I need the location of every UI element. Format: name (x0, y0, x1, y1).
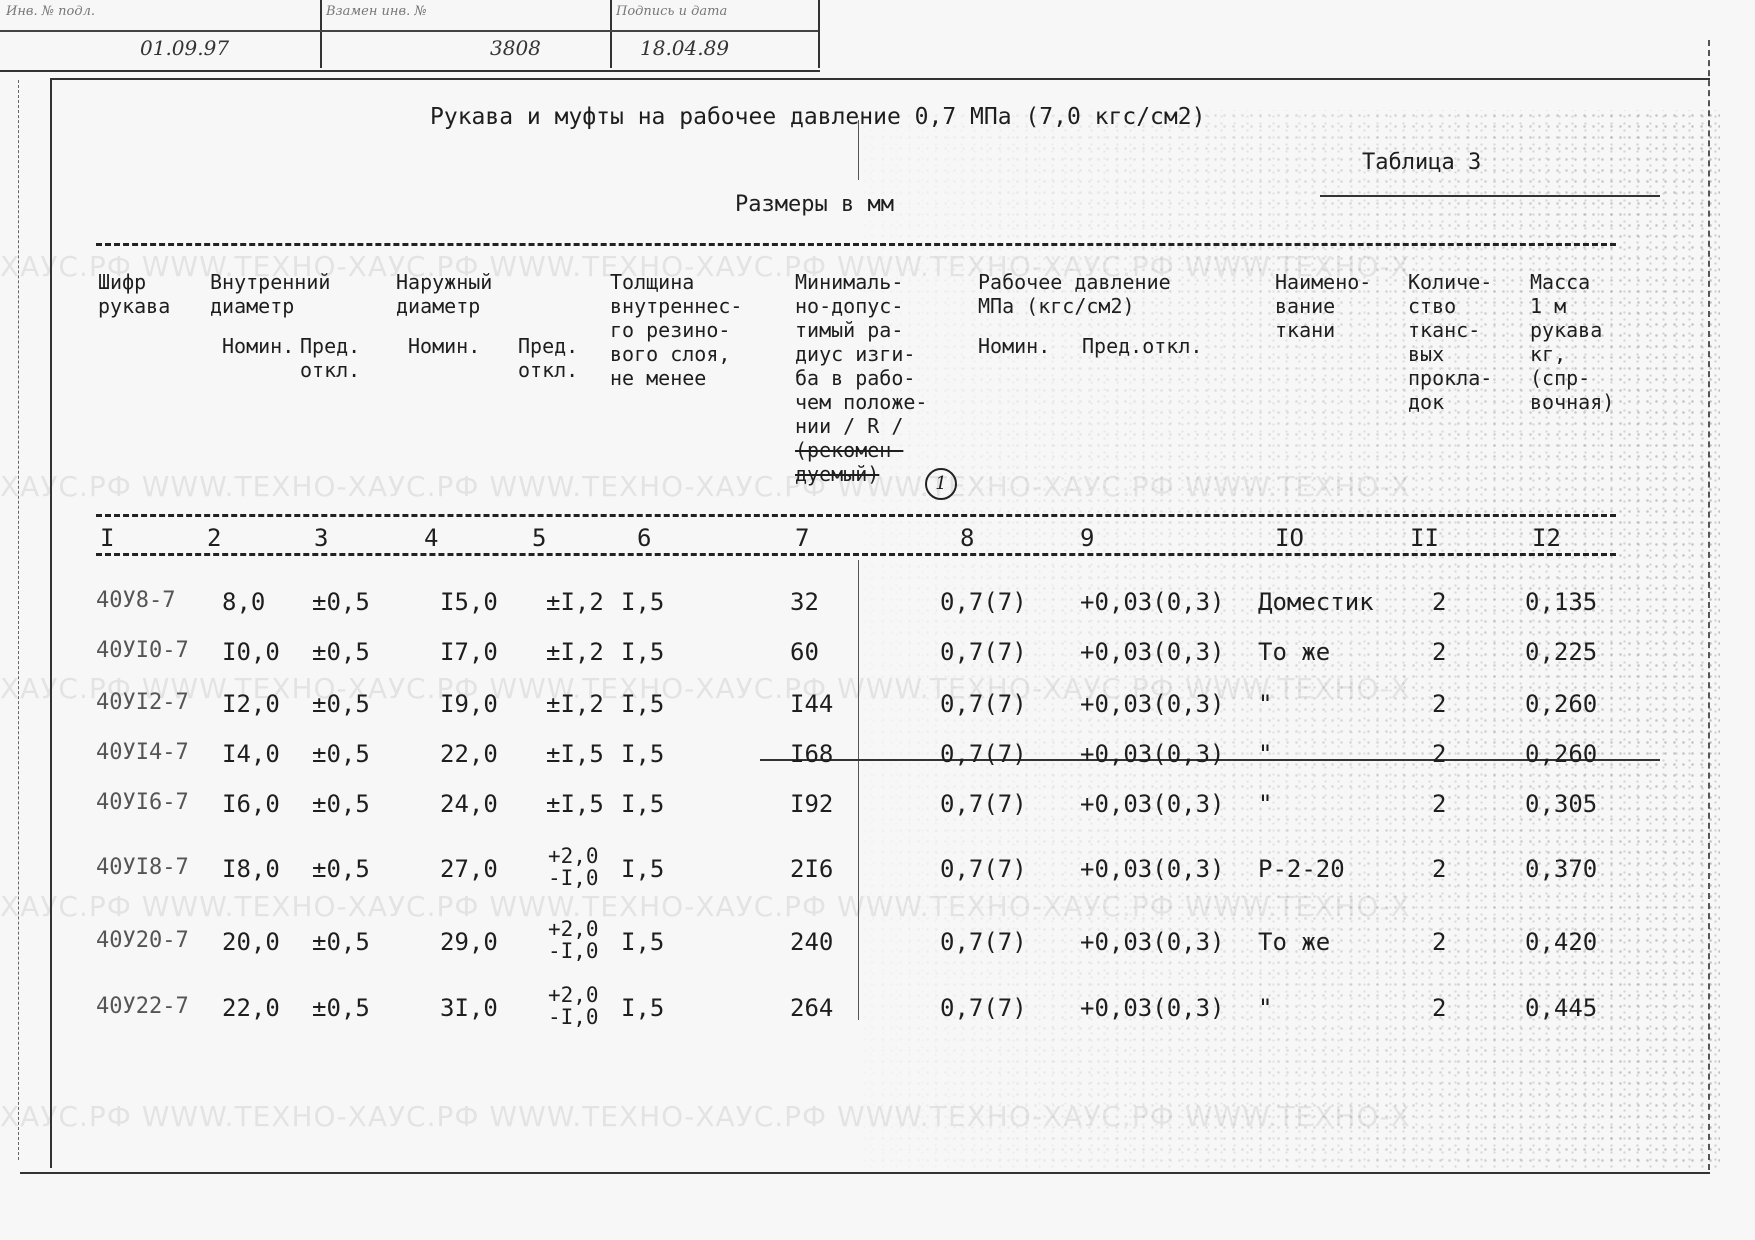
column-number: I (100, 524, 114, 552)
column-number: 9 (1080, 524, 1094, 552)
cell-out-nom: 3I,0 (440, 994, 498, 1022)
cell-fabric: Доместик (1258, 588, 1374, 616)
cell-in-nom: 22,0 (222, 994, 280, 1022)
frame-border (50, 78, 1710, 80)
frame-border (20, 1172, 1710, 1174)
cell-p-nom: 0,7(7) (940, 588, 1027, 616)
cell-fabric: " (1258, 790, 1272, 818)
cell-code: 40УI2-7 (96, 690, 189, 715)
cell-in-tol: ±0,5 (312, 690, 370, 718)
cell-in-tol: ±0,5 (312, 790, 370, 818)
header-pressure-nominal: Номин. (978, 334, 1050, 358)
cell-wall: I,5 (621, 690, 664, 718)
cell-p-nom: 0,7(7) (940, 740, 1027, 768)
stamp-value: 18.04.89 (640, 36, 729, 60)
cell-fabric: " (1258, 740, 1272, 768)
cell-p-nom: 0,7(7) (940, 855, 1027, 883)
cell-mass: 0,260 (1525, 740, 1597, 768)
stamp-value: 01.09.97 (140, 36, 229, 60)
cell-plies: 2 (1432, 588, 1446, 616)
cell-code: 40У22-7 (96, 994, 189, 1019)
cell-p-tol: +0,03(0,3) (1080, 638, 1225, 666)
cell-p-tol: +0,03(0,3) (1080, 855, 1225, 883)
column-number: 3 (314, 524, 328, 552)
cell-plies: 2 (1432, 994, 1446, 1022)
header-pressure-tolerance: Пред.откл. (1082, 334, 1202, 358)
cell-out-nom: 29,0 (440, 928, 498, 956)
cell-code: 40УI6-7 (96, 790, 189, 815)
cell-mass: 0,260 (1525, 690, 1597, 718)
header-inner-diameter: Внутренний диаметр (210, 270, 330, 318)
column-number: II (1410, 524, 1439, 552)
header-outer-tolerance: Пред. откл. (518, 334, 578, 382)
frame-border (18, 80, 19, 1160)
cell-in-tol: ±0,5 (312, 588, 370, 616)
cell-out-nom: I5,0 (440, 588, 498, 616)
header-bend-radius: Минималь- но-допус- тимый ра- диус изги-… (795, 270, 927, 438)
column-number: 2 (207, 524, 221, 552)
cell-plies: 2 (1432, 790, 1446, 818)
cell-in-nom: I0,0 (222, 638, 280, 666)
cell-outer-tolerance: +2,0 -I,0 (548, 918, 599, 962)
cell-code: 40У8-7 (96, 588, 175, 613)
cell-p-tol: +0,03(0,3) (1080, 740, 1225, 768)
cell-mass: 0,305 (1525, 790, 1597, 818)
column-number: 7 (795, 524, 809, 552)
cell-wall: I,5 (621, 790, 664, 818)
column-number: 5 (532, 524, 546, 552)
column-number: 6 (637, 524, 651, 552)
stamp-cell-replacement: Взамен инв. № 3808 (320, 0, 612, 68)
cell-wall: I,5 (621, 588, 664, 616)
cell-p-tol: +0,03(0,3) (1080, 928, 1225, 956)
stamp-label: Инв. № подл. (6, 4, 95, 19)
scanned-document-page: ХАУС.РФ WWW.ТЕХНО-ХАУС.РФ WWW.ТЕХНО-ХАУС… (0, 0, 1755, 1240)
cell-mass: 0,225 (1525, 638, 1597, 666)
cell-in-nom: I4,0 (222, 740, 280, 768)
header-mass: Масса 1 м рукава кг, (спр- вочная) (1530, 270, 1614, 414)
cell-out-tol: ±I,2 (546, 638, 604, 666)
cell-radius: I92 (790, 790, 833, 818)
cell-mass: 0,135 (1525, 588, 1597, 616)
cell-p-nom: 0,7(7) (940, 994, 1027, 1022)
cell-plies: 2 (1432, 740, 1446, 768)
cell-out-nom: I9,0 (440, 690, 498, 718)
cell-in-nom: 20,0 (222, 928, 280, 956)
cell-fabric: Р-2-20 (1258, 855, 1345, 883)
cell-wall: I,5 (621, 638, 664, 666)
header-outer-diameter: Наружный диаметр (396, 270, 492, 318)
cell-plies: 2 (1432, 690, 1446, 718)
cell-wall: I,5 (621, 994, 664, 1022)
watermark: ХАУС.РФ WWW.ТЕХНО-ХАУС.РФ WWW.ТЕХНО-ХАУС… (0, 1100, 1755, 1133)
cell-p-nom: 0,7(7) (940, 790, 1027, 818)
cell-fabric: То же (1258, 638, 1330, 666)
stamp-label: Подпись и дата (616, 4, 727, 19)
cell-out-nom: I7,0 (440, 638, 498, 666)
cell-fabric: То же (1258, 928, 1330, 956)
column-number-top-rule (96, 514, 1616, 517)
cell-mass: 0,370 (1525, 855, 1597, 883)
cell-in-tol: ±0,5 (312, 638, 370, 666)
cell-out-nom: 27,0 (440, 855, 498, 883)
cell-in-nom: I8,0 (222, 855, 280, 883)
cell-mass: 0,420 (1525, 928, 1597, 956)
stamp-cell-signature: Подпись и дата 18.04.89 (610, 0, 820, 68)
cell-mass: 0,445 (1525, 994, 1597, 1022)
header-outer-nominal: Номин. (408, 334, 480, 358)
cell-out-tol: ±I,2 (546, 690, 604, 718)
cell-p-tol: +0,03(0,3) (1080, 588, 1225, 616)
cell-wall: I,5 (621, 855, 664, 883)
scan-artifact-line (858, 560, 859, 1020)
cell-plies: 2 (1432, 638, 1446, 666)
column-number: 8 (960, 524, 974, 552)
frame-border (50, 78, 52, 1168)
cell-in-nom: I2,0 (222, 690, 280, 718)
stamp-cell-inventory: Инв. № подл. 01.09.97 (0, 0, 322, 68)
cell-in-tol: ±0,5 (312, 994, 370, 1022)
cell-in-tol: ±0,5 (312, 928, 370, 956)
header-fabric: Наимено- вание ткани (1275, 270, 1371, 342)
cell-p-tol: +0,03(0,3) (1080, 690, 1225, 718)
cell-in-nom: I6,0 (222, 790, 280, 818)
cell-radius: 264 (790, 994, 833, 1022)
cell-plies: 2 (1432, 855, 1446, 883)
header-plies: Количе- ство тканс- вых прокла- док (1408, 270, 1492, 414)
cell-code: 40УI8-7 (96, 855, 189, 880)
cell-outer-tolerance: +2,0 -I,0 (548, 845, 599, 889)
cell-in-tol: ±0,5 (312, 855, 370, 883)
cell-code: 40УI0-7 (96, 638, 189, 663)
watermark: ХАУС.РФ WWW.ТЕХНО-ХАУС.РФ WWW.ТЕХНО-ХАУС… (0, 890, 1755, 923)
cell-out-tol: ±I,5 (546, 740, 604, 768)
margin-mark (858, 120, 859, 180)
cell-wall: I,5 (621, 928, 664, 956)
cell-code: 40У20-7 (96, 928, 189, 953)
cell-p-tol: +0,03(0,3) (1080, 994, 1225, 1022)
cell-out-tol: ±I,5 (546, 790, 604, 818)
cell-out-nom: 24,0 (440, 790, 498, 818)
cell-wall: I,5 (621, 740, 664, 768)
column-number: I2 (1532, 524, 1561, 552)
cell-outer-tolerance: +2,0 -I,0 (548, 984, 599, 1028)
header-inner-tolerance: Пред. откл. (300, 334, 360, 382)
column-number-bottom-rule (96, 553, 1616, 556)
header-inner-nominal: Номин. (222, 334, 294, 358)
stamp-divider (0, 30, 818, 32)
document-title: Рукава и муфты на рабочее давление 0,7 М… (430, 104, 1205, 130)
cell-in-tol: ±0,5 (312, 740, 370, 768)
table-label: Таблица 3 (1362, 150, 1481, 175)
cell-radius: 2I6 (790, 855, 833, 883)
cell-fabric: " (1258, 690, 1272, 718)
cell-in-nom: 8,0 (222, 588, 265, 616)
stamp-block: Инв. № подл. 01.09.97 Взамен инв. № 3808… (0, 0, 820, 72)
divider (1320, 195, 1660, 197)
header-bend-radius-struck: (рекомен- дуемый) (795, 438, 903, 486)
cell-p-nom: 0,7(7) (940, 638, 1027, 666)
header-code: Шифр рукава (98, 270, 170, 318)
cell-fabric: " (1258, 994, 1272, 1022)
cell-radius: I44 (790, 690, 833, 718)
cell-out-tol: ±I,2 (546, 588, 604, 616)
cell-radius: 60 (790, 638, 819, 666)
cell-radius: 240 (790, 928, 833, 956)
stamp-value: 3808 (490, 36, 541, 60)
cell-plies: 2 (1432, 928, 1446, 956)
cell-radius: I68 (790, 740, 833, 768)
cell-p-tol: +0,03(0,3) (1080, 790, 1225, 818)
units-note: Размеры в мм (735, 192, 894, 217)
header-working-pressure: Рабочее давление МПа (кгс/см2) (978, 270, 1171, 318)
footnote-marker: 1 (925, 468, 957, 500)
frame-border (1708, 40, 1710, 1170)
cell-radius: 32 (790, 588, 819, 616)
column-number: 4 (424, 524, 438, 552)
header-wall-thickness: Толщина внутреннес- го резино- вого слоя… (610, 270, 742, 390)
cell-code: 40УI4-7 (96, 740, 189, 765)
cell-p-nom: 0,7(7) (940, 928, 1027, 956)
column-number: IO (1275, 524, 1304, 552)
table-header-top-rule (96, 243, 1616, 246)
cell-out-nom: 22,0 (440, 740, 498, 768)
cell-p-nom: 0,7(7) (940, 690, 1027, 718)
stamp-label: Взамен инв. № (326, 4, 427, 19)
